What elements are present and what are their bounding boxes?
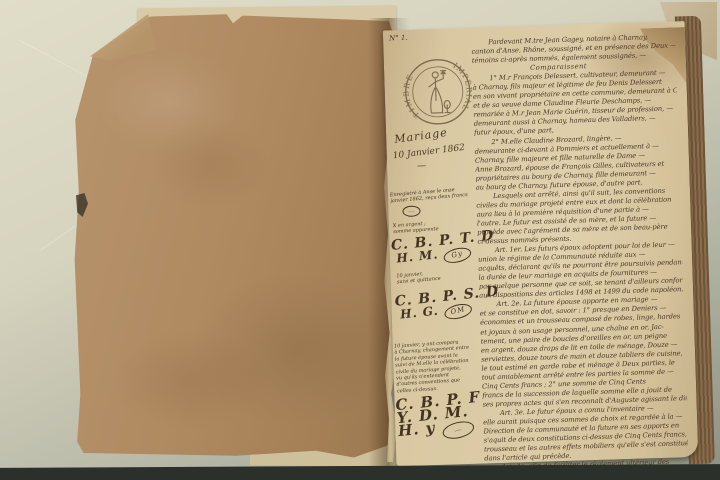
margin-initials-block-3: C. B. P. F Y. D. M. H. y ﹏: [395, 391, 484, 444]
page-number: N° 1.: [389, 34, 408, 43]
photo-of-open-notarial-register: N° 1. TIMBRE IMPÉRIAL: [0, 0, 720, 480]
marriage-label: Mariage: [394, 126, 449, 146]
paraph-oval: OM: [443, 301, 474, 321]
paraph-oval: Gy: [442, 245, 473, 265]
marriage-date: 10 Janvier 1862: [392, 143, 465, 162]
margin-registration-note: Enregistré à Anse le onzejanvier 1862, r…: [390, 186, 468, 205]
stamp-text-left: TIMBRE: [402, 71, 422, 120]
registration-paraph-stamp: ﹏: [402, 205, 420, 217]
right-manuscript-page: N° 1. TIMBRE IMPÉRIAL: [383, 21, 699, 466]
margin-janvier-note: 10 janvier,suivi et quittance: [396, 270, 441, 286]
table-edge-dark-strip: [0, 464, 720, 480]
paraph-oval: ﹏: [441, 419, 476, 442]
svg-text:TIMBRE: TIMBRE: [402, 71, 422, 120]
left-cover-page: [74, 12, 392, 462]
margin-mention-note: 10 janvier, y ont comparuà Charnay, chan…: [394, 339, 472, 395]
flourish-dash: —: [417, 161, 426, 171]
stamp-figure-icon: [428, 70, 450, 113]
timbre-imperial-stamp: TIMBRE IMPÉRIAL: [402, 56, 474, 128]
initials-line3: H. y ﹏: [398, 417, 485, 445]
manuscript-text-column: Pardevant M.tre Jean Gagey, notaire à Ch…: [471, 32, 689, 472]
